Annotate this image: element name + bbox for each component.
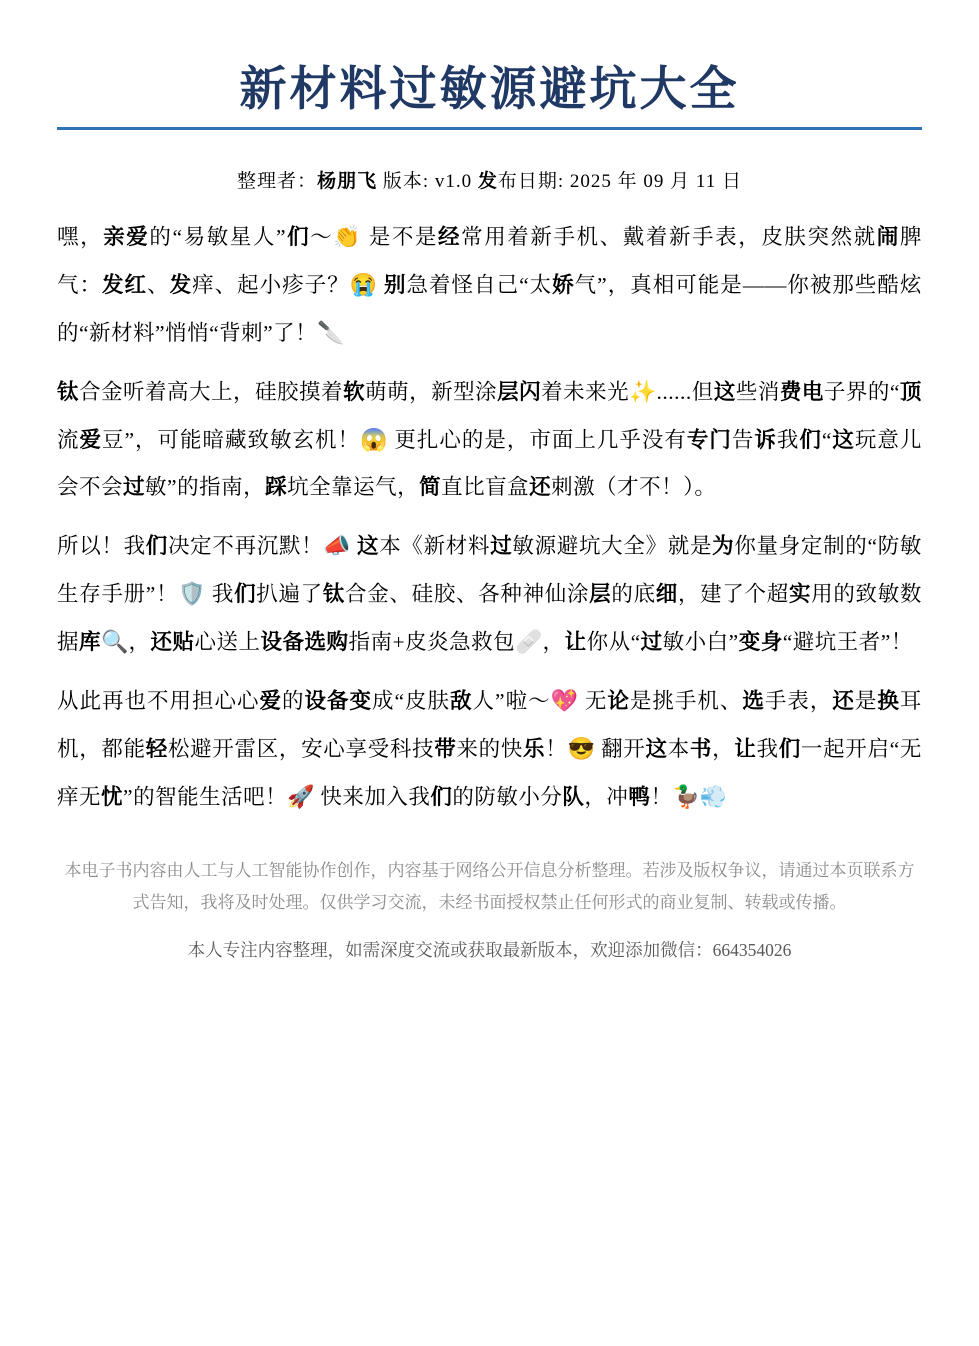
bold-text-run: 发: [478, 171, 498, 192]
bold-text-run: 踩: [265, 475, 287, 499]
shield-emoji: 🛡️: [178, 581, 206, 606]
text-run: ......但: [657, 380, 714, 404]
bold-text-run: 发红: [102, 273, 147, 297]
bold-text-run: 钛: [57, 380, 79, 404]
text-run: 扒遍了: [256, 582, 323, 606]
bold-text-run: 过: [123, 475, 145, 499]
text-run: 我: [777, 428, 800, 452]
bold-text-run: 娇: [552, 273, 575, 297]
bold-text-run: 这: [357, 534, 379, 558]
megaphone-emoji: 📣: [323, 533, 351, 558]
text-run: 指南+皮炎急救包: [349, 630, 516, 654]
bold-text-run: 层闪: [497, 380, 541, 404]
page-title: 新材料过敏源避坑大全: [57, 0, 922, 119]
bold-text-run: 敌: [450, 689, 473, 713]
bold-text-run: 经: [438, 225, 461, 249]
bold-text-run: 亲爱: [103, 225, 149, 249]
text-run: “避坑王者”！: [783, 630, 913, 654]
text-run: 布日期: 2025 年 09 月 11 日: [498, 171, 742, 192]
text-run: 刺激（才不！）。: [551, 475, 716, 499]
text-run: 坑全靠运气，: [287, 475, 419, 499]
bold-text-run: 还贴: [150, 630, 194, 654]
bold-text-run: 专门: [687, 428, 732, 452]
bold-text-run: 别: [384, 273, 407, 297]
text-run: 人”啦～: [473, 689, 551, 713]
text-run: 子界的“: [824, 380, 900, 404]
bold-text-run: 爱: [80, 428, 103, 452]
bold-text-run: 们: [430, 785, 452, 809]
bold-text-run: 还: [529, 475, 551, 499]
bold-text-run: 换: [877, 689, 900, 713]
text-run: ！: [545, 737, 567, 761]
text-run: 告: [732, 428, 755, 452]
bold-text-run: 论: [607, 689, 630, 713]
bold-text-run: 队: [562, 785, 584, 809]
text-run: 嘿，: [57, 225, 103, 249]
bold-text-run: 书: [690, 737, 712, 761]
duck-emoji: 🦆: [672, 784, 699, 809]
bold-text-run: 们: [799, 428, 822, 452]
text-run: 的防敏小分: [452, 785, 562, 809]
text-run: 我: [757, 737, 779, 761]
text-run: ，: [543, 630, 565, 654]
text-run: 的“易敏星人”: [149, 225, 286, 249]
bold-text-run: 这: [832, 428, 855, 452]
text-run: 更扎心的是，市面上几乎没有: [388, 428, 687, 452]
bold-text-run: 简: [419, 475, 441, 499]
text-run: 常用着新手机、戴着新手表，皮肤突然就: [461, 225, 877, 249]
bold-text-run: 过: [490, 534, 512, 558]
bold-text-run: 爱: [259, 689, 282, 713]
text-run: 来的快: [456, 737, 523, 761]
bold-text-run: 杨朋飞: [317, 171, 377, 192]
bold-text-run: 为: [712, 534, 734, 558]
bold-text-run: 发: [170, 273, 193, 297]
text-run: 翻开: [595, 737, 645, 761]
bold-text-run: 变身: [739, 630, 783, 654]
text-run: 的底: [611, 582, 655, 606]
text-run: 是: [855, 689, 878, 713]
bold-text-run: 软: [343, 380, 365, 404]
bold-text-run: 细: [656, 582, 678, 606]
bold-text-run: 诉: [754, 428, 777, 452]
text-run: 从此再也不用担心心: [57, 689, 259, 713]
bold-text-run: 设备选购: [260, 630, 348, 654]
document-page: 新材料过敏源避坑大全 整理者：杨朋飞 版本: v1.0 发布日期: 2025 年…: [0, 0, 979, 1346]
text-run: 急着怪自己“太: [407, 273, 553, 297]
bold-text-run: 还: [832, 689, 855, 713]
text-run: 所以！我: [57, 534, 146, 558]
text-run: 无: [578, 689, 607, 713]
text-run: 本《新材料: [379, 534, 490, 558]
bold-text-run: 选: [742, 689, 765, 713]
bold-text-run: 轻: [146, 737, 168, 761]
text-run: 本: [668, 737, 690, 761]
contact-line: 本人专注内容整理，如需深度交流或获取最新版本，欢迎添加微信：664354026: [57, 935, 922, 965]
text-run: “: [822, 428, 832, 452]
knife-emoji: 🔪: [317, 320, 344, 345]
bold-text-run: 库: [79, 630, 101, 654]
sunglasses-face-emoji: 😎: [567, 736, 595, 761]
bold-text-run: 让: [734, 737, 756, 761]
text-run: 成“皮肤: [372, 689, 450, 713]
paragraph: 所以！我们决定不再沉默！📣 这本《新材料过敏源避坑大全》就是为你量身定制的“防敏…: [57, 522, 922, 666]
text-run: 我: [206, 582, 234, 606]
bold-text-run: 带: [434, 737, 456, 761]
text-run: 松避开雷区，安心享受科技: [168, 737, 434, 761]
text-run: ”的智能生活吧！: [123, 785, 287, 809]
text-run: 直比盲盒: [441, 475, 529, 499]
text-run: ，建了个超: [678, 582, 789, 606]
text-run: 敏”的指南，: [145, 475, 265, 499]
dash-emoji: 💨: [700, 784, 727, 809]
bold-text-run: 顶: [900, 380, 922, 404]
sparkles-emoji: ✨: [629, 379, 656, 404]
clapping-hands-emoji: 👏: [333, 224, 361, 249]
text-run: 的: [282, 689, 305, 713]
text-run: 些消: [736, 380, 780, 404]
text-run: 萌萌，新型涂: [365, 380, 497, 404]
bold-text-run: 层: [589, 582, 611, 606]
bandage-emoji: 🩹: [515, 629, 542, 654]
bold-text-run: 忧: [101, 785, 123, 809]
text-run: 版本: v1.0: [377, 171, 478, 192]
paragraph: 从此再也不用担心心爱的设备变成“皮肤敌人”啦～💖 无论是挑手机、选手表，还是换耳…: [57, 677, 922, 821]
text-run: 整理者：: [237, 171, 317, 192]
bold-text-run: 们: [779, 737, 801, 761]
meta-line: 整理者：杨朋飞 版本: v1.0 发布日期: 2025 年 09 月 11 日: [57, 166, 922, 193]
bold-text-run: 钛: [323, 582, 345, 606]
text-run: 是不是: [362, 225, 438, 249]
disclaimer-text: 本电子书内容由人工与人工智能协作创作，内容基于网络公开信息分析整理。若涉及版权争…: [61, 855, 918, 919]
text-run: 敏源避坑大全》就是: [512, 534, 712, 558]
text-run: 你从“: [587, 630, 641, 654]
paragraph: 嘿，亲爱的“易敏星人”们～👏 是不是经常用着新手机、戴着新手表，皮肤突然就闹脾气…: [57, 213, 922, 357]
screaming-face-emoji: 😱: [360, 427, 388, 452]
bold-text-run: 们: [286, 225, 310, 249]
text-run: 合金、硅胶、各种神仙涂: [345, 582, 589, 606]
bold-text-run: 乐: [523, 737, 545, 761]
bold-text-run: 这: [714, 380, 736, 404]
rocket-emoji: 🚀: [287, 784, 314, 809]
bold-text-run: 实: [789, 582, 811, 606]
text-run: 敏小白”: [663, 630, 739, 654]
bold-text-run: 鸭: [628, 785, 650, 809]
title-divider: [57, 127, 922, 130]
text-run: ，冲: [584, 785, 628, 809]
bold-text-run: 过: [641, 630, 663, 654]
sparkling-heart-emoji: 💖: [551, 688, 579, 713]
bold-text-run: 这: [646, 737, 668, 761]
text-run: 快来加入我: [314, 785, 430, 809]
paragraph: 钛合金听着高大上，硅胶摸着软萌萌，新型涂层闪着未来光✨......但这些消费电子…: [57, 368, 922, 511]
text-run: 流: [57, 428, 80, 452]
text-run: ，: [128, 630, 150, 654]
bold-text-run: 让: [565, 630, 587, 654]
text-run: 心送上: [194, 630, 260, 654]
text-run: 决定不再沉默！: [168, 534, 323, 558]
text-run: ，: [712, 737, 734, 761]
text-run: ！: [650, 785, 672, 809]
text-run: 合金听着高大上，硅胶摸着: [79, 380, 343, 404]
bold-text-run: 设备变: [304, 689, 372, 713]
text-run: 着未来光: [541, 380, 629, 404]
bold-text-run: 费电: [780, 380, 824, 404]
text-run: 、: [147, 273, 170, 297]
bold-text-run: 们: [146, 534, 168, 558]
text-run: 是挑手机、: [630, 689, 743, 713]
text-run: ～: [310, 225, 333, 249]
text-run: 豆”，可能暗藏致敏玄机！: [102, 428, 360, 452]
bold-text-run: 们: [234, 582, 256, 606]
text-run: 痒、起小疹子？: [192, 273, 350, 297]
bold-text-run: 闹: [877, 225, 900, 249]
magnifying-glass-emoji: 🔍: [101, 629, 128, 654]
crying-face-emoji: 😭: [350, 272, 378, 297]
body-paragraphs: 嘿，亲爱的“易敏星人”们～👏 是不是经常用着新手机、戴着新手表，皮肤突然就闹脾气…: [57, 213, 922, 821]
text-run: 手表，: [765, 689, 833, 713]
